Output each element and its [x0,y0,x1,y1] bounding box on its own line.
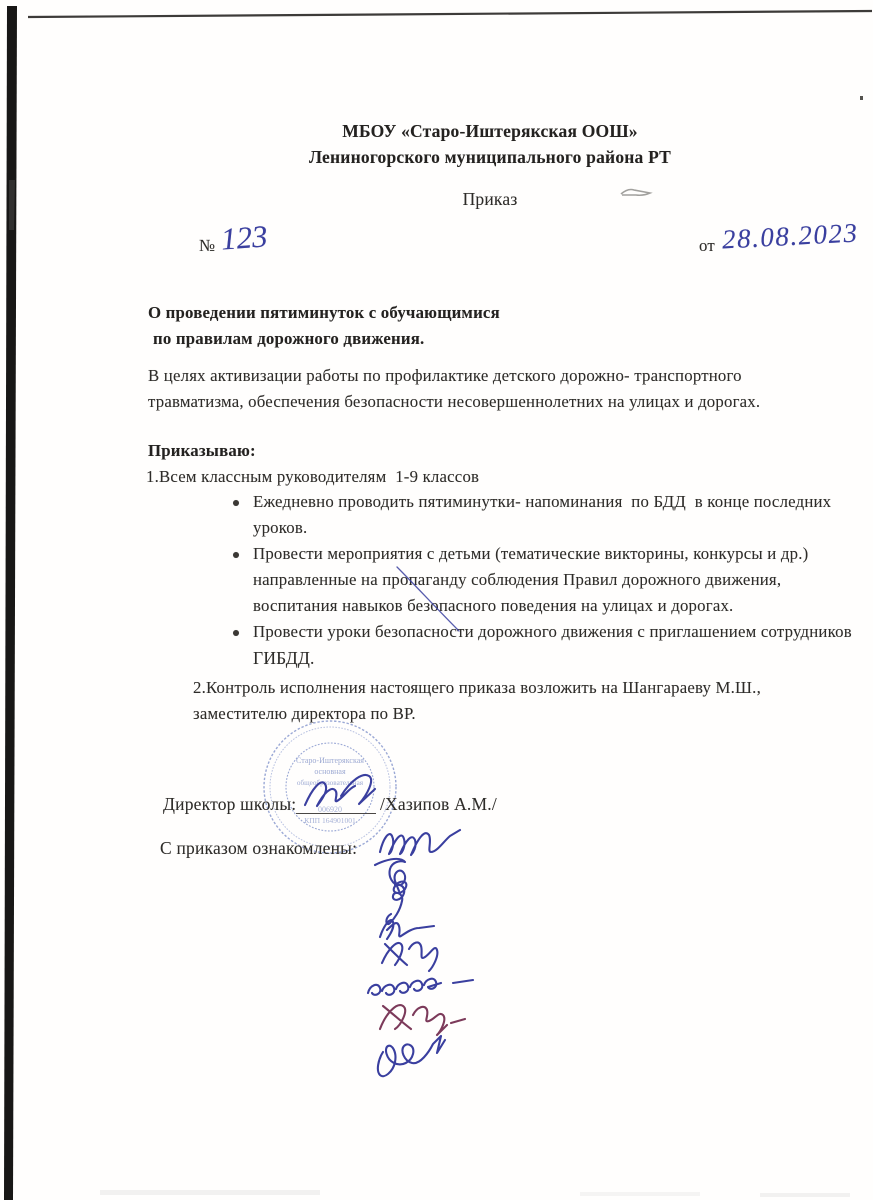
staff-signature-8 [378,1036,445,1076]
staff-signature-1 [380,830,460,855]
staff-signature-3 [386,882,406,924]
staff-signature-5 [382,942,437,971]
staff-signature-4 [380,920,434,939]
scanned-order-document: Старо-Иштерякская основная общеобразоват… [0,0,873,1200]
staff-signature-7 [380,1005,465,1035]
staff-signature-6 [368,979,473,995]
director-signature [305,775,375,806]
stray-pen-stroke [397,567,459,631]
handwritten-ink-layer [0,0,873,1200]
